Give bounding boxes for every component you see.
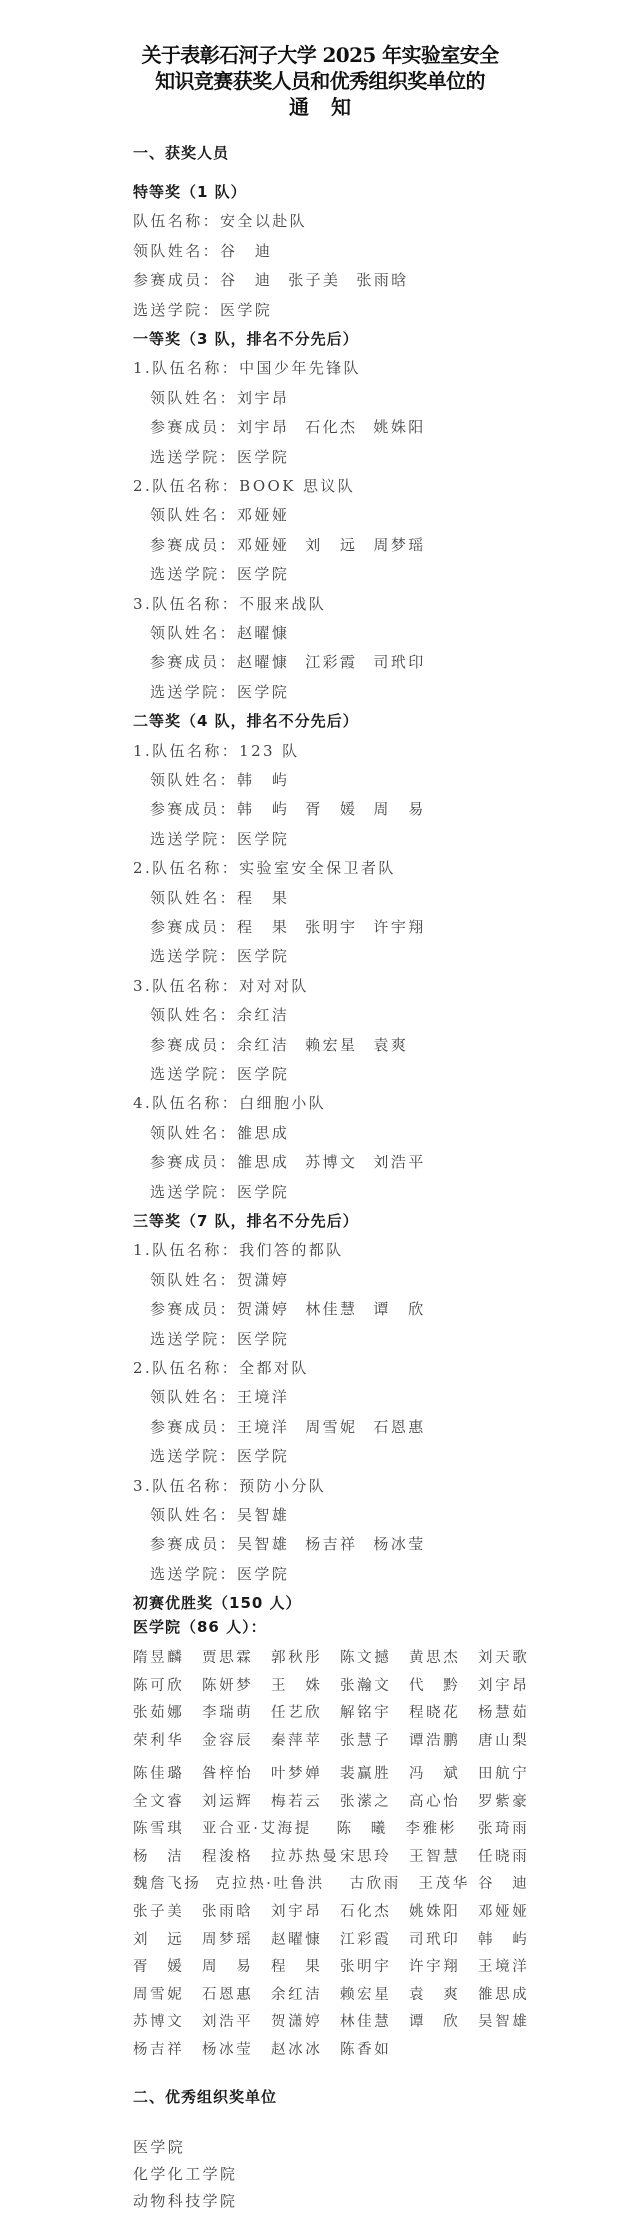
members-label: 参赛成员： bbox=[150, 798, 237, 819]
team-number: 1. bbox=[133, 1241, 152, 1259]
winner-name: 任晓雨 bbox=[478, 1845, 529, 1866]
members-label: 参赛成员： bbox=[150, 651, 237, 672]
winner-name: 杨吉祥 bbox=[133, 2038, 184, 2059]
member-name: 赖宏星 bbox=[305, 1034, 357, 1055]
leader-value: 吴智雄 bbox=[237, 1504, 289, 1525]
winner-name: 刘天歌 bbox=[478, 1646, 529, 1667]
college-value: 医学院 bbox=[237, 563, 289, 584]
winner-name: 李瑞萌 bbox=[202, 1701, 253, 1722]
name-grid-row: 魏詹飞扬克拉热·吐鲁洪古欣雨王茂华谷 迪 bbox=[133, 1872, 613, 1896]
member-name: 袁爽 bbox=[373, 1034, 408, 1055]
second-prize-team-3-team-name: 3.队伍名称：对对对队 bbox=[133, 975, 309, 996]
college-value: 医学院 bbox=[237, 1181, 289, 1202]
team-number: 2. bbox=[133, 859, 152, 877]
winner-name: 程晓花 bbox=[409, 1701, 460, 1722]
college-label: 选送学院： bbox=[150, 446, 237, 467]
organizer-unit: 化学化工学院 bbox=[133, 2163, 237, 2184]
member-name: 石化杰 bbox=[305, 416, 357, 437]
member-name: 贺潇婷 bbox=[237, 1298, 289, 1319]
first-prize-team-1-members: 参赛成员：刘宇昂石化杰姚姝阳 bbox=[150, 416, 442, 437]
member-name: 韩 屿 bbox=[237, 798, 289, 819]
members-label: 参赛成员： bbox=[133, 269, 220, 290]
leader-label: 领队姓名： bbox=[150, 1122, 237, 1143]
team-name-label: 队伍名称： bbox=[152, 857, 239, 878]
third-prize-team-1-members: 参赛成员：贺潇婷林佳慧谭 欣 bbox=[150, 1298, 442, 1319]
winner-name: 郭秋彤 bbox=[271, 1646, 322, 1667]
name-grid-row: 荣利华金容辰秦萍苹张慧子谭浩鹏唐山梨 bbox=[133, 1729, 613, 1753]
winner-name: 罗紫豪 bbox=[478, 1790, 529, 1811]
winner-name: 赵曜慷 bbox=[271, 1928, 322, 1949]
leader-value: 贺潇婷 bbox=[237, 1269, 289, 1290]
organizer-unit: 医学院 bbox=[133, 2136, 185, 2157]
college-value: 医学院 bbox=[237, 828, 289, 849]
college-label: 选送学院： bbox=[150, 1328, 237, 1349]
members-label: 参赛成员： bbox=[150, 1416, 237, 1437]
leader-label: 领队姓名： bbox=[150, 387, 237, 408]
winner-name: 雒思成 bbox=[478, 1983, 529, 2004]
name-grid-row: 杨 洁程浚格拉苏热曼宋思玲王智慧任晓雨 bbox=[133, 1845, 613, 1869]
winner-name: 张明宇 bbox=[340, 1955, 391, 1976]
team-name-value: 我们答的都队 bbox=[239, 1239, 343, 1260]
third-prize-team-1-leader: 领队姓名：贺潇婷 bbox=[150, 1269, 289, 1290]
winner-name: 王智慧 bbox=[409, 1845, 460, 1866]
winner-name: 任艺欣 bbox=[271, 1701, 322, 1722]
winner-name: 昝梓怡 bbox=[202, 1762, 253, 1783]
winner-name: 司玳印 bbox=[409, 1928, 460, 1949]
leader-value: 雒思成 bbox=[237, 1122, 289, 1143]
first-prize-team-3-team-name: 3.队伍名称：不服来战队 bbox=[133, 593, 326, 614]
member-name: 张明宇 bbox=[305, 916, 357, 937]
second-prize-team-3-members: 参赛成员：余红洁赖宏星袁爽 bbox=[150, 1034, 424, 1055]
name-grid-row: 陈可欣陈妍梦王 姝张瀚文代 黔刘宇昂 bbox=[133, 1674, 613, 1698]
first-prize-team-1-college: 选送学院：医学院 bbox=[150, 446, 289, 467]
winner-name: 魏詹飞扬 bbox=[133, 1872, 201, 1893]
winner-name: 宋思玲 bbox=[340, 1845, 391, 1866]
second-prize-team-4-leader: 领队姓名：雒思成 bbox=[150, 1122, 289, 1143]
third-prize-team-2-leader: 领队姓名：王境洋 bbox=[150, 1386, 289, 1407]
winner-name: 王茂华 bbox=[419, 1872, 470, 1893]
leader-label: 领队姓名： bbox=[150, 1269, 237, 1290]
winner-name: 陈文撼 bbox=[340, 1646, 391, 1667]
section-heading-organizers: 二、优秀组织奖单位 bbox=[133, 2086, 277, 2107]
document-title: 关于表彰石河子大学 2025 年实验室安全 知识竞赛获奖人员和优秀组织奖单位的 … bbox=[0, 42, 640, 120]
member-name: 许宇翔 bbox=[373, 916, 425, 937]
second-prize-team-2-leader: 领队姓名：程 果 bbox=[150, 887, 289, 908]
second-prize-team-4-college: 选送学院：医学院 bbox=[150, 1181, 289, 1202]
second-prize-team-3-leader: 领队姓名：余红洁 bbox=[150, 1004, 289, 1025]
winner-name: 全文睿 bbox=[133, 1790, 184, 1811]
name-grid-row: 刘 远周梦瑶赵曜慷江彩霞司玳印韩 屿 bbox=[133, 1928, 613, 1952]
winner-name: 陈佳璐 bbox=[133, 1762, 184, 1783]
third-prize-team-3-leader: 领队姓名：吴智雄 bbox=[150, 1504, 289, 1525]
member-name: 周梦瑶 bbox=[373, 534, 425, 555]
winner-name: 张瀚文 bbox=[340, 1674, 391, 1695]
leader-label: 领队姓名： bbox=[150, 1386, 237, 1407]
third-prize-team-2-college: 选送学院：医学院 bbox=[150, 1445, 289, 1466]
third-prize-heading: 三等奖（7 队，排名不分先后） bbox=[133, 1210, 359, 1231]
winner-name: 林佳慧 bbox=[340, 2010, 391, 2031]
winner-name: 周雪妮 bbox=[133, 1983, 184, 2004]
winner-name: 邓娅娅 bbox=[478, 1900, 529, 1921]
name-grid-row: 张茹娜李瑞萌任艺欣解铭宇程晓花杨慧茹 bbox=[133, 1701, 613, 1725]
college-value: 医学院 bbox=[237, 1328, 289, 1349]
second-prize-team-2-team-name: 2.队伍名称：实验室安全保卫者队 bbox=[133, 857, 396, 878]
winner-name: 贺潇婷 bbox=[271, 2010, 322, 2031]
first-prize-team-3-college: 选送学院：医学院 bbox=[150, 681, 289, 702]
team-name-value: BOOK 思议队 bbox=[239, 475, 355, 496]
first-prize-team-2-team-name: 2.队伍名称：BOOK 思议队 bbox=[133, 475, 355, 496]
member-name: 王境洋 bbox=[237, 1416, 289, 1437]
organizer-unit: 动物科技学院 bbox=[133, 2190, 237, 2211]
winner-name: 田航宁 bbox=[478, 1762, 529, 1783]
leader-label: 领队姓名： bbox=[150, 622, 237, 643]
name-grid-row: 苏博文刘浩平贺潇婷林佳慧谭 欣吴智雄 bbox=[133, 2010, 613, 2034]
team-number: 1. bbox=[133, 742, 152, 760]
winner-name: 金容辰 bbox=[202, 1729, 253, 1750]
college-label: 选送学院： bbox=[150, 1181, 237, 1202]
team-number: 3. bbox=[133, 595, 152, 613]
name-grid-row: 张子美张雨晗刘宇昂石化杰姚姝阳邓娅娅 bbox=[133, 1900, 613, 1924]
leader-value: 王境洋 bbox=[237, 1386, 289, 1407]
winner-name: 余红洁 bbox=[271, 1983, 322, 2004]
winner-name: 谭 欣 bbox=[409, 2010, 460, 2031]
grand-prize-team-name: 队伍名称：安全以赴队 bbox=[133, 210, 307, 231]
college-label: 选送学院： bbox=[150, 1563, 237, 1584]
team-name-value: 白细胞小队 bbox=[239, 1092, 326, 1113]
college-label: 选送学院： bbox=[133, 299, 220, 320]
first-prize-team-1-team-name: 1.队伍名称：中国少年先锋队 bbox=[133, 357, 361, 378]
winner-name: 黄思杰 bbox=[409, 1646, 460, 1667]
member-name: 谭 欣 bbox=[373, 1298, 425, 1319]
winner-name: 陈妍梦 bbox=[202, 1674, 253, 1695]
leader-value: 余红洁 bbox=[237, 1004, 289, 1025]
second-prize-team-1-members: 参赛成员：韩 屿胥 媛周 易 bbox=[150, 798, 442, 819]
winner-name: 陈 曦 bbox=[337, 1817, 388, 1838]
first-prize-team-3-members: 参赛成员：赵曜慷江彩霞司玳印 bbox=[150, 651, 442, 672]
winner-name: 拉苏热曼 bbox=[271, 1845, 339, 1866]
winner-name: 许宇翔 bbox=[409, 1955, 460, 1976]
leader-value: 邓娅娅 bbox=[237, 504, 289, 525]
winner-name: 石化杰 bbox=[340, 1900, 391, 1921]
name-grid-row: 全文睿刘运辉梅若云张潆之高心怡罗紫豪 bbox=[133, 1790, 613, 1814]
winner-name: 叶梦婵 bbox=[271, 1762, 322, 1783]
second-prize-team-1-college: 选送学院：医学院 bbox=[150, 828, 289, 849]
winner-name: 古欣雨 bbox=[350, 1872, 401, 1893]
team-name-label: 队伍名称： bbox=[152, 1239, 239, 1260]
winner-name: 刘宇昂 bbox=[478, 1674, 529, 1695]
second-prize-team-3-college: 选送学院：医学院 bbox=[150, 1063, 289, 1084]
third-prize-team-3-members: 参赛成员：吴智雄杨吉祥杨冰莹 bbox=[150, 1533, 442, 1554]
winner-name: 苏博文 bbox=[133, 2010, 184, 2031]
team-number: 4. bbox=[133, 1094, 152, 1112]
winner-name: 秦萍苹 bbox=[271, 1729, 322, 1750]
members-label: 参赛成员： bbox=[150, 416, 237, 437]
first-prize-team-1-leader: 领队姓名：刘宇昂 bbox=[150, 387, 289, 408]
college-label: 选送学院： bbox=[150, 828, 237, 849]
third-prize-team-1-team-name: 1.队伍名称：我们答的都队 bbox=[133, 1239, 344, 1260]
title-line-1: 关于表彰石河子大学 2025 年实验室安全 bbox=[0, 42, 640, 68]
team-number: 1. bbox=[133, 359, 152, 377]
leader-label: 领队姓名： bbox=[150, 769, 237, 790]
preliminary-college-heading: 医学院（86 人）： bbox=[133, 1616, 267, 1637]
leader-value: 程 果 bbox=[237, 887, 289, 908]
winner-name: 张子美 bbox=[133, 1900, 184, 1921]
winner-name: 韩 屿 bbox=[478, 1928, 529, 1949]
member-name: 刘浩平 bbox=[373, 1151, 425, 1172]
section-heading-awardees: 一、获奖人员 bbox=[133, 142, 229, 163]
members-label: 参赛成员： bbox=[150, 1151, 237, 1172]
college-label: 选送学院： bbox=[150, 945, 237, 966]
winner-name: 克拉热·吐鲁洪 bbox=[215, 1872, 325, 1893]
member-name: 张子美 bbox=[288, 269, 340, 290]
members-label: 参赛成员： bbox=[150, 916, 237, 937]
winner-name: 赵冰冰 bbox=[271, 2038, 322, 2059]
member-name: 石恩惠 bbox=[373, 1416, 425, 1437]
second-prize-team-4-members: 参赛成员：雒思成苏博文刘浩平 bbox=[150, 1151, 442, 1172]
grand-prize-members: 参赛成员：谷 迪张子美张雨晗 bbox=[133, 269, 425, 290]
leader-value: 韩 屿 bbox=[237, 769, 289, 790]
preliminary-heading: 初赛优胜奖（150 人） bbox=[133, 1592, 302, 1613]
winner-name: 张潆之 bbox=[340, 1790, 391, 1811]
team-name-label: 队伍名称： bbox=[152, 975, 239, 996]
members-label: 参赛成员： bbox=[150, 1034, 237, 1055]
third-prize-team-1-college: 选送学院：医学院 bbox=[150, 1328, 289, 1349]
member-name: 司玳印 bbox=[373, 651, 425, 672]
winner-name: 荣利华 bbox=[133, 1729, 184, 1750]
winner-name: 刘宇昂 bbox=[271, 1900, 322, 1921]
team-name-label: 队伍名称： bbox=[133, 210, 220, 231]
winner-name: 赖宏星 bbox=[340, 1983, 391, 2004]
leader-value: 谷 迪 bbox=[220, 240, 272, 261]
team-name-value: 不服来战队 bbox=[239, 593, 326, 614]
member-name: 刘宇昂 bbox=[237, 416, 289, 437]
member-name: 吴智雄 bbox=[237, 1533, 289, 1554]
winner-name: 刘运辉 bbox=[202, 1790, 253, 1811]
college-label: 选送学院： bbox=[150, 1063, 237, 1084]
winner-name: 谭浩鹏 bbox=[409, 1729, 460, 1750]
name-grid-row: 陈雪琪亚合亚·艾海提陈 曦李雅彬张琦雨 bbox=[133, 1817, 613, 1841]
winner-name: 冯 斌 bbox=[409, 1762, 460, 1783]
winner-name: 杨冰莹 bbox=[202, 2038, 253, 2059]
college-value: 医学院 bbox=[237, 945, 289, 966]
college-value: 医学院 bbox=[237, 681, 289, 702]
name-grid-row: 杨吉祥杨冰莹赵冰冰陈香如 bbox=[133, 2038, 613, 2062]
name-grid-row: 陈佳璐昝梓怡叶梦婵裴赢胜冯 斌田航宁 bbox=[133, 1762, 613, 1786]
first-prize-heading: 一等奖（3 队，排名不分先后） bbox=[133, 328, 359, 349]
winner-name: 刘 远 bbox=[133, 1928, 184, 1949]
winner-name: 张雨晗 bbox=[202, 1900, 253, 1921]
winner-name: 唐山梨 bbox=[478, 1729, 529, 1750]
second-prize-team-2-college: 选送学院：医学院 bbox=[150, 945, 289, 966]
leader-value: 刘宇昂 bbox=[237, 387, 289, 408]
team-name-value: 安全以赴队 bbox=[220, 210, 307, 231]
winner-name: 周 易 bbox=[202, 1955, 253, 1976]
winner-name: 张茹娜 bbox=[133, 1701, 184, 1722]
team-name-label: 队伍名称： bbox=[152, 1357, 239, 1378]
member-name: 邓娅娅 bbox=[237, 534, 289, 555]
member-name: 周 易 bbox=[373, 798, 425, 819]
winner-name: 代 黔 bbox=[409, 1674, 460, 1695]
leader-label: 领队姓名： bbox=[150, 1004, 237, 1025]
second-prize-team-1-team-name: 1.队伍名称：123 队 bbox=[133, 740, 300, 761]
winner-name: 谷 迪 bbox=[478, 1872, 529, 1893]
third-prize-team-2-members: 参赛成员：王境洋周雪妮石恩惠 bbox=[150, 1416, 442, 1437]
team-number: 3. bbox=[133, 977, 152, 995]
third-prize-team-3-college: 选送学院：医学院 bbox=[150, 1563, 289, 1584]
title-line-2: 知识竞赛获奖人员和优秀组织奖单位的 bbox=[0, 68, 640, 94]
winner-name: 袁 爽 bbox=[409, 1983, 460, 2004]
name-grid-row: 周雪妮石恩惠余红洁赖宏星袁 爽雒思成 bbox=[133, 1983, 613, 2007]
member-name: 杨冰莹 bbox=[373, 1533, 425, 1554]
winner-name: 王 姝 bbox=[271, 1674, 322, 1695]
first-prize-team-2-leader: 领队姓名：邓娅娅 bbox=[150, 504, 289, 525]
team-number: 2. bbox=[133, 1359, 152, 1377]
winner-name: 王境洋 bbox=[478, 1955, 529, 1976]
members-label: 参赛成员： bbox=[150, 534, 237, 555]
member-name: 江彩霞 bbox=[305, 651, 357, 672]
team-name-label: 队伍名称： bbox=[152, 593, 239, 614]
college-label: 选送学院： bbox=[150, 1445, 237, 1466]
winner-name: 程浚格 bbox=[202, 1845, 253, 1866]
third-prize-team-3-team-name: 3.队伍名称：预防小分队 bbox=[133, 1475, 326, 1496]
member-name: 赵曜慷 bbox=[237, 651, 289, 672]
second-prize-heading: 二等奖（4 队，排名不分先后） bbox=[133, 710, 359, 731]
college-label: 选送学院： bbox=[150, 681, 237, 702]
third-prize-team-2-team-name: 2.队伍名称：全都对队 bbox=[133, 1357, 309, 1378]
members-label: 参赛成员： bbox=[150, 1533, 237, 1554]
member-name: 雒思成 bbox=[237, 1151, 289, 1172]
team-number: 2. bbox=[133, 477, 152, 495]
team-name-value: 对对对队 bbox=[239, 975, 309, 996]
member-name: 姚姝阳 bbox=[373, 416, 425, 437]
winner-name: 亚合亚·艾海提 bbox=[202, 1817, 312, 1838]
first-prize-team-3-leader: 领队姓名：赵曜慷 bbox=[150, 622, 289, 643]
college-value: 医学院 bbox=[237, 1563, 289, 1584]
member-name: 刘 远 bbox=[305, 534, 357, 555]
winner-name: 解铭宇 bbox=[340, 1701, 391, 1722]
winner-name: 程 果 bbox=[271, 1955, 322, 1976]
winner-name: 梅若云 bbox=[271, 1790, 322, 1811]
first-prize-team-2-college: 选送学院：医学院 bbox=[150, 563, 289, 584]
winner-name: 石恩惠 bbox=[202, 1983, 253, 2004]
member-name: 余红洁 bbox=[237, 1034, 289, 1055]
member-name: 林佳慧 bbox=[305, 1298, 357, 1319]
winner-name: 吴智雄 bbox=[478, 2010, 529, 2031]
college-value: 医学院 bbox=[237, 446, 289, 467]
member-name: 苏博文 bbox=[305, 1151, 357, 1172]
team-name-label: 队伍名称： bbox=[152, 1092, 239, 1113]
winner-name: 周梦瑶 bbox=[202, 1928, 253, 1949]
college-value: 医学院 bbox=[237, 1445, 289, 1466]
second-prize-team-4-team-name: 4.队伍名称：白细胞小队 bbox=[133, 1092, 326, 1113]
first-prize-team-2-members: 参赛成员：邓娅娅刘 远周梦瑶 bbox=[150, 534, 442, 555]
title-line-3: 通知 bbox=[0, 94, 640, 120]
grand-prize-leader: 领队姓名：谷 迪 bbox=[133, 240, 272, 261]
college-label: 选送学院： bbox=[150, 563, 237, 584]
member-name: 程 果 bbox=[237, 916, 289, 937]
team-name-value: 123 队 bbox=[239, 740, 299, 761]
grand-prize-college: 选送学院：医学院 bbox=[133, 299, 272, 320]
members-label: 参赛成员： bbox=[150, 1298, 237, 1319]
name-grid-row: 隋昱麟贾思霖郭秋彤陈文撼黄思杰刘天歌 bbox=[133, 1646, 613, 1670]
member-name: 杨吉祥 bbox=[305, 1533, 357, 1554]
winner-name: 高心怡 bbox=[409, 1790, 460, 1811]
college-value: 医学院 bbox=[220, 299, 272, 320]
team-name-label: 队伍名称： bbox=[152, 1475, 239, 1496]
second-prize-team-1-leader: 领队姓名：韩 屿 bbox=[150, 769, 289, 790]
leader-label: 领队姓名： bbox=[150, 1504, 237, 1525]
team-name-label: 队伍名称： bbox=[152, 740, 239, 761]
member-name: 胥 媛 bbox=[305, 798, 357, 819]
winner-name: 杨 洁 bbox=[133, 1845, 184, 1866]
leader-label: 领队姓名： bbox=[150, 504, 237, 525]
winner-name: 刘浩平 bbox=[202, 2010, 253, 2031]
leader-label: 领队姓名： bbox=[150, 887, 237, 908]
winner-name: 隋昱麟 bbox=[133, 1646, 184, 1667]
winner-name: 李雅彬 bbox=[406, 1817, 457, 1838]
winner-name: 陈可欣 bbox=[133, 1674, 184, 1695]
leader-label: 领队姓名： bbox=[133, 240, 220, 261]
team-number: 3. bbox=[133, 1477, 152, 1495]
member-name: 谷 迪 bbox=[220, 269, 272, 290]
winner-name: 杨慧茹 bbox=[478, 1701, 529, 1722]
team-name-value: 实验室安全保卫者队 bbox=[239, 857, 396, 878]
team-name-value: 中国少年先锋队 bbox=[239, 357, 361, 378]
leader-value: 赵曜慷 bbox=[237, 622, 289, 643]
winner-name: 江彩霞 bbox=[340, 1928, 391, 1949]
winner-name: 裴赢胜 bbox=[340, 1762, 391, 1783]
team-name-label: 队伍名称： bbox=[152, 475, 239, 496]
second-prize-team-2-members: 参赛成员：程 果张明宇许宇翔 bbox=[150, 916, 442, 937]
winner-name: 姚姝阳 bbox=[409, 1900, 460, 1921]
winner-name: 陈雪琪 bbox=[133, 1817, 184, 1838]
name-grid-row: 胥 媛周 易程 果张明宇许宇翔王境洋 bbox=[133, 1955, 613, 1979]
team-name-value: 预防小分队 bbox=[239, 1475, 326, 1496]
winner-name: 贾思霖 bbox=[202, 1646, 253, 1667]
member-name: 张雨晗 bbox=[356, 269, 408, 290]
winner-name: 陈香如 bbox=[340, 2038, 391, 2059]
team-name-value: 全都对队 bbox=[239, 1357, 309, 1378]
winner-name: 张慧子 bbox=[340, 1729, 391, 1750]
winner-name: 张琦雨 bbox=[478, 1817, 529, 1838]
team-name-label: 队伍名称： bbox=[152, 357, 239, 378]
grand-prize-heading: 特等奖（1 队） bbox=[133, 181, 247, 202]
college-value: 医学院 bbox=[237, 1063, 289, 1084]
member-name: 周雪妮 bbox=[305, 1416, 357, 1437]
winner-name: 胥 媛 bbox=[133, 1955, 184, 1976]
